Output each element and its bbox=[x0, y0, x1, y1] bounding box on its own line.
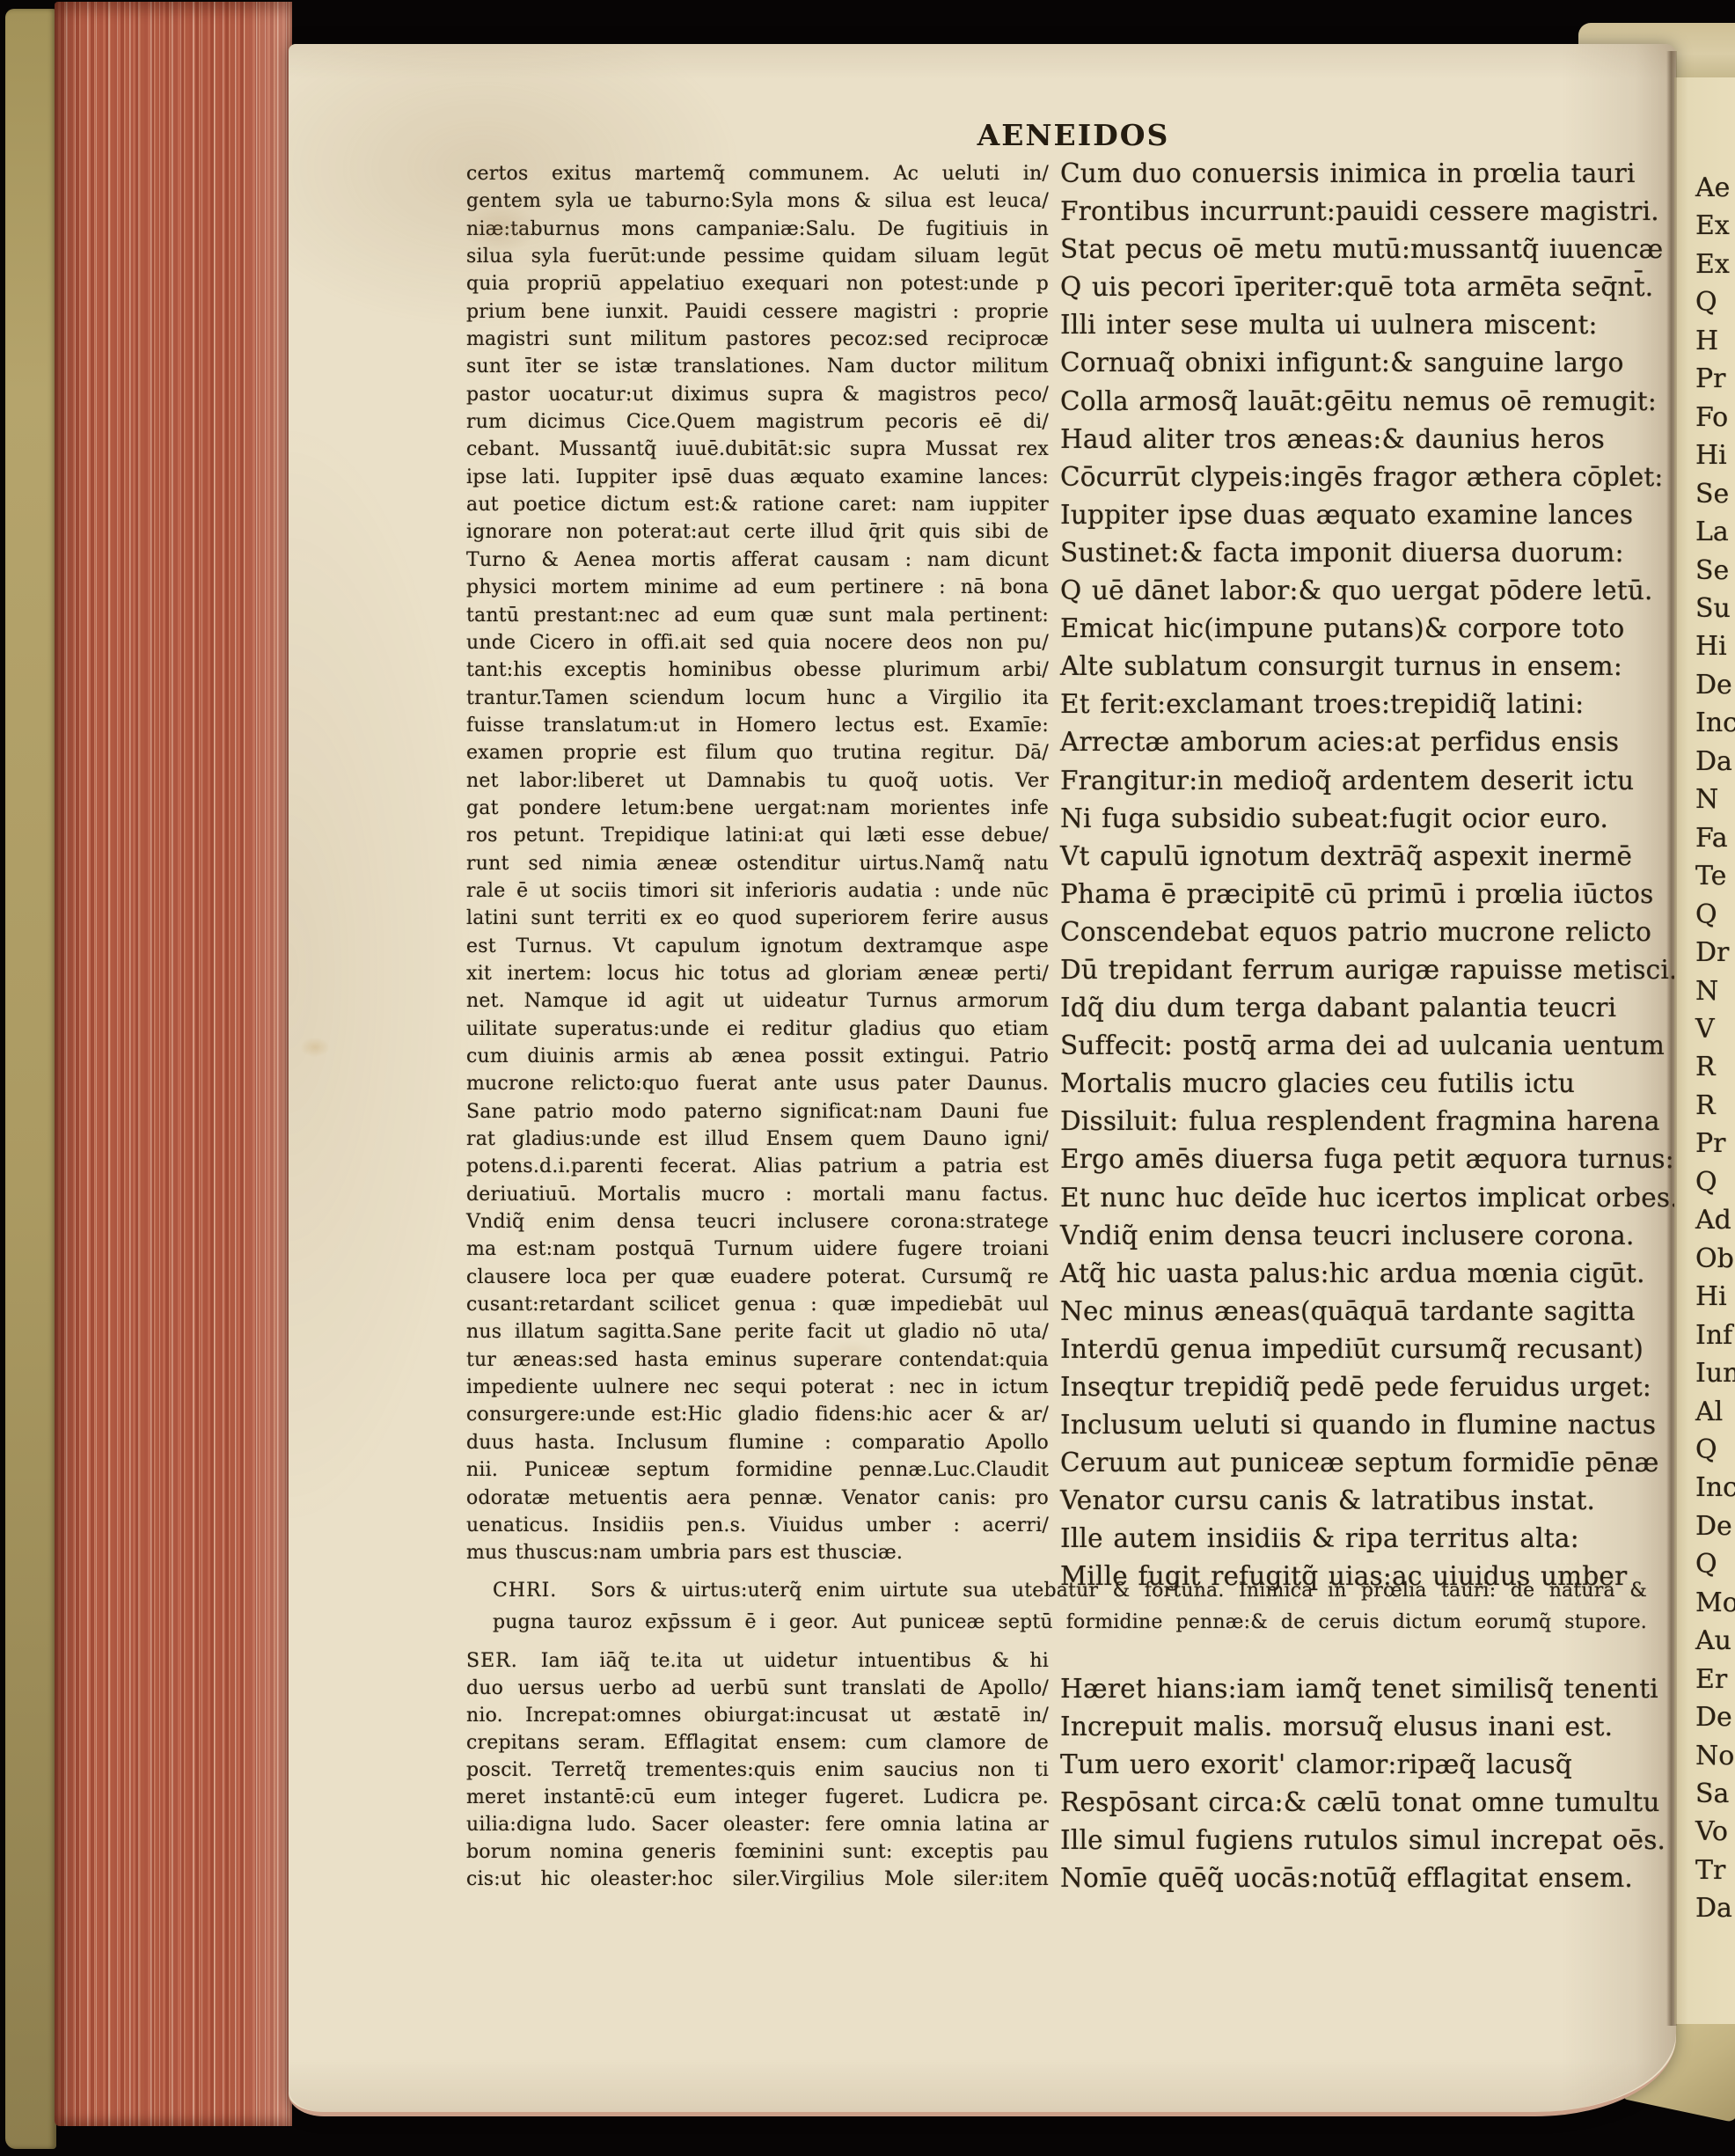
text-line: Ni fuga subsidio subeat:fugit ocior euro… bbox=[1060, 800, 1676, 838]
text-line: prium bene iunxit. Pauidi cessere magist… bbox=[466, 298, 1049, 326]
text-line: No bbox=[1695, 1737, 1735, 1775]
text-line: Mortalis mucro glacies ceu futilis ictu bbox=[1060, 1065, 1676, 1103]
text-line: De bbox=[1695, 666, 1735, 704]
ser-note: SER.Iam iāq̃ te.ita ut uidetur intuentib… bbox=[466, 1647, 1049, 1893]
text-line: Interdū genua impediūt cursumq̃ recusant… bbox=[1060, 1331, 1676, 1368]
text-line: borum nomina generis fœminini sunt: exce… bbox=[466, 1838, 1049, 1866]
text-line: Au bbox=[1695, 1622, 1735, 1660]
text-line: Vndiq̃ enim densa teucri inclusere coron… bbox=[1060, 1217, 1676, 1255]
text-line: ma est:nam postquā Turnum uidere fugere … bbox=[466, 1236, 1049, 1263]
text-line: ignorare non poterat:aut certe illud q̄r… bbox=[466, 518, 1049, 546]
text-line: Hæret hians:iam iamq̃ tenet similisq̃ te… bbox=[1060, 1670, 1676, 1708]
text-line: Frangitur:in medioq̃ ardentem deserit ic… bbox=[1060, 762, 1676, 800]
text-line: trantur.Tamen sciendum locum hunc a Virg… bbox=[466, 685, 1049, 712]
text-line: Q uis pecori īperiter:quē tota armēta se… bbox=[1060, 268, 1676, 306]
text-line: N bbox=[1695, 972, 1735, 1010]
text-line: Turno & Aenea mortis afferat causam : na… bbox=[466, 546, 1049, 574]
text-line: De bbox=[1695, 1507, 1735, 1545]
text-line: Pr bbox=[1695, 1125, 1735, 1162]
text-line: pastor uocatur:ut diximus supra & magist… bbox=[466, 381, 1049, 408]
verse-bottom-block: Hæret hians:iam iamq̃ tenet similisq̃ te… bbox=[1060, 1670, 1676, 1898]
left-page: AENEIDOS certos exitus martemq̃ communem… bbox=[289, 44, 1676, 2116]
text-line: Al bbox=[1695, 1393, 1735, 1431]
text-line: Inf bbox=[1695, 1316, 1735, 1354]
text-line: latini sunt territi ex eo quod superiore… bbox=[466, 905, 1049, 932]
text-line: Iuppiter ipse duas æquato examine lances bbox=[1060, 496, 1676, 534]
text-line: Et ferit:exclamant troes:trepidiq̃ latin… bbox=[1060, 686, 1676, 723]
text-line: La bbox=[1695, 513, 1735, 551]
text-line: Suffecit: postq̄ arma dei ad uulcania ue… bbox=[1060, 1027, 1676, 1065]
ser-line1-text: Iam iāq̃ te.ita ut uidetur intuentibus &… bbox=[541, 1650, 1049, 1672]
text-line: Venator cursu canis & latratibus instat. bbox=[1060, 1482, 1676, 1520]
text-line: Da bbox=[1695, 1889, 1735, 1927]
text-line: Q bbox=[1695, 283, 1735, 321]
text-line: rum dicimus Cice.Quem magistrum pecoris … bbox=[466, 408, 1049, 436]
text-line: Fo bbox=[1695, 399, 1735, 436]
text-line: net. Namque id agit ut uideatur Turnus a… bbox=[466, 987, 1049, 1015]
text-line: Sa bbox=[1695, 1775, 1735, 1813]
text-line: Ille autem insidiis & ripa territus alta… bbox=[1060, 1520, 1676, 1558]
text-line: Illi inter sese multa ui uulnera miscent… bbox=[1060, 306, 1676, 344]
text-line: Nec minus æneas(quāquā tardante sagitta bbox=[1060, 1293, 1676, 1331]
text-line: Inclusum ueluti si quando in flumine nac… bbox=[1060, 1406, 1676, 1444]
text-line: tur æneas:sed hasta eminus superare cont… bbox=[466, 1346, 1049, 1374]
text-line: Te bbox=[1695, 857, 1735, 895]
text-line: Q bbox=[1695, 1545, 1735, 1583]
text-line: nus illatum sagitta.Sane perite facit ut… bbox=[466, 1318, 1049, 1346]
text-line: Ob bbox=[1695, 1240, 1735, 1278]
text-line: Phama ē præcipitē cū primū i prœlia iūct… bbox=[1060, 876, 1676, 913]
text-line: Nomīe quēq̃ uocās:notūq̃ efflagitat ense… bbox=[1060, 1859, 1676, 1897]
text-line: fuisse translatum:ut in Homero lectus es… bbox=[466, 712, 1049, 739]
text-line: mus thuscus:nam umbria pars est thusciæ. bbox=[466, 1539, 1049, 1566]
text-line: R bbox=[1695, 1048, 1735, 1086]
text-line: Ille simul fugiens rutulos simul increpa… bbox=[1060, 1822, 1676, 1859]
book-photo: AENEIDOS certos exitus martemq̃ communem… bbox=[0, 0, 1735, 2156]
text-line: est Turnus. Vt capulum ignotum dextramqu… bbox=[466, 933, 1049, 960]
text-line: ros petunt. Trepidique latini:at qui læt… bbox=[466, 822, 1049, 849]
text-line: De bbox=[1695, 1698, 1735, 1736]
text-line: certos exitus martemq̃ communem. Ac uelu… bbox=[466, 160, 1049, 187]
text-line: magistri sunt militum pastores pecoz:sed… bbox=[466, 326, 1049, 353]
text-line: Q uē dānet labor:& quo uergat pōdere let… bbox=[1060, 572, 1676, 610]
text-line: Pr bbox=[1695, 360, 1735, 398]
text-line: cis:ut hic oleaster:hoc siler.Virgilius … bbox=[466, 1866, 1049, 1893]
text-line: cum diuinis armis ab ænea possit extingu… bbox=[466, 1043, 1049, 1070]
ser-label: SER. bbox=[466, 1650, 518, 1672]
text-line: Atq̃ hic uasta palus:hic ardua mœnia cig… bbox=[1060, 1255, 1676, 1293]
text-line: cusant:retardant scilicet genua : quæ im… bbox=[466, 1291, 1049, 1318]
text-line: Mo bbox=[1695, 1584, 1735, 1622]
text-line: Cōcurrūt clypeis:ingēs fragor æthera cōp… bbox=[1060, 458, 1676, 496]
text-line: Sane patrio modo paterno significat:nam … bbox=[466, 1098, 1049, 1126]
facing-text-fragments: AeExExQHPrFoHiSeLaSeSuHiDeIncDaNFaTeQDrN… bbox=[1674, 77, 1735, 1928]
text-line: ipse lati. Iuppiter ipsē duas æquato exa… bbox=[466, 464, 1049, 491]
text-line: duo uersus uerbo ad uerbū sunt translati… bbox=[466, 1675, 1049, 1702]
text-line: Dissiluit: fulua resplendent fragmina ha… bbox=[1060, 1103, 1676, 1140]
chri-note: CHRI.Sors & uirtus:uterq̃ enim uirtute s… bbox=[493, 1575, 1647, 1639]
text-line: Dr bbox=[1695, 934, 1735, 972]
text-line: cebant. Mussantq̃ iuuē.dubitāt:sic supra… bbox=[466, 436, 1049, 463]
text-line: H bbox=[1695, 322, 1735, 360]
text-line: Et nunc huc deīde huc icertos implicat o… bbox=[1060, 1179, 1676, 1217]
text-line: nii. Puniceæ septum formidine pennæ.Luc.… bbox=[466, 1456, 1049, 1484]
text-line: V bbox=[1695, 1010, 1735, 1048]
text-line: duus hasta. Inclusum flumine : comparati… bbox=[466, 1429, 1049, 1456]
text-line: Conscendebat equos patrio mucrone relict… bbox=[1060, 913, 1676, 951]
text-line: Arrectæ amborum acies:at perfidus ensis bbox=[1060, 723, 1676, 761]
text-line: Cornuaq̃ obnixi infigunt:& sanguine larg… bbox=[1060, 344, 1676, 382]
chri-label: CHRI. bbox=[493, 1580, 557, 1602]
text-line: consurgere:unde est:Hic gladio fidens:hi… bbox=[466, 1401, 1049, 1428]
text-line: unde Cicero in offi.ait sed quia nocere … bbox=[466, 629, 1049, 656]
text-line: crepitans seram. Efflagitat ensem: cum c… bbox=[466, 1729, 1049, 1756]
text-line: net labor:liberet ut Damnabis tu quoq̃ u… bbox=[466, 767, 1049, 795]
text-line: Inseqtur trepidiq̃ pedē pede feruidus ur… bbox=[1060, 1368, 1676, 1406]
text-line: Hi bbox=[1695, 1278, 1735, 1316]
text-line: xit inertem: locus hic totus ad gloriam … bbox=[466, 960, 1049, 987]
text-line: Inc bbox=[1695, 704, 1735, 742]
text-line: Increpuit malis. morsuq̃ elusus inani es… bbox=[1060, 1708, 1676, 1746]
text-line: Stat pecus oē metu mutū:mussantq̃ iuuenc… bbox=[1060, 231, 1676, 268]
text-line: aut poetice dictum est:& ratione caret: … bbox=[466, 491, 1049, 518]
text-line: Ex bbox=[1695, 207, 1735, 245]
text-line: silua syla fuerūt:unde pessime quidam si… bbox=[466, 243, 1049, 270]
text-line: Idq̃ diu dum terga dabant palantia teucr… bbox=[1060, 989, 1676, 1027]
text-line: Q bbox=[1695, 1431, 1735, 1469]
chri-line1-text: Sors & uirtus:uterq̃ enim uirtute sua ut… bbox=[590, 1580, 1647, 1602]
text-line: Colla armosq̃ lauāt:gēitu nemus oē remug… bbox=[1060, 383, 1676, 421]
text-line: Se bbox=[1695, 475, 1735, 513]
text-line: Ad bbox=[1695, 1201, 1735, 1239]
verse-column: Cum duo conuersis inimica in prœlia taur… bbox=[1060, 155, 1676, 1596]
commentary-column: certos exitus martemq̃ communem. Ac uelu… bbox=[466, 160, 1049, 1567]
text-line: uilia:digna ludo. Sacer oleaster: fere o… bbox=[466, 1811, 1049, 1838]
text-line: Ex bbox=[1695, 246, 1735, 283]
text-line: deriuatiuū. Mortalis mucro : mortali man… bbox=[466, 1181, 1049, 1208]
text-line: Se bbox=[1695, 552, 1735, 590]
text-line: impediente uulnere nec sequi poterat : n… bbox=[466, 1374, 1049, 1401]
text-line: Dū trepidant ferrum aurigæ rapuisse meti… bbox=[1060, 951, 1676, 989]
gutter-shadow bbox=[1666, 51, 1677, 2026]
text-line: Tr bbox=[1695, 1852, 1735, 1889]
text-line: Hi bbox=[1695, 627, 1735, 665]
text-line: Frontibus incurrunt:pauidi cessere magis… bbox=[1060, 193, 1676, 231]
text-line: Da bbox=[1695, 743, 1735, 781]
text-line: rat gladius:unde est illud Ensem quem Da… bbox=[466, 1126, 1049, 1153]
text-line: odoratæ metuentis aera pennæ. Venator ca… bbox=[466, 1485, 1049, 1512]
text-line: Q bbox=[1695, 896, 1735, 934]
text-line: uenaticus. Insidiis pen.s. Viuidus umber… bbox=[466, 1512, 1049, 1539]
text-line: Tum uero exorit' clamor:ripæq̃ lacusq̃ bbox=[1060, 1746, 1676, 1784]
text-line: clausere loca per quæ euadere poterat. C… bbox=[466, 1264, 1049, 1291]
text-line: nio. Increpat:omnes obiurgat:incusat ut … bbox=[466, 1702, 1049, 1729]
text-line: gat pondere letum:bene uergat:nam morien… bbox=[466, 795, 1049, 822]
text-line: Haud aliter tros æneas:& daunius heros bbox=[1060, 421, 1676, 458]
text-line: niæ:taburnus mons campaniæ:Salu. De fugi… bbox=[466, 216, 1049, 243]
text-line: examen proprie est filum quo trutina reg… bbox=[466, 739, 1049, 766]
text-line: Emicat hic(impune putans)& corpore toto bbox=[1060, 610, 1676, 648]
text-line: Vndiq̃ enim densa teucri inclusere coron… bbox=[466, 1208, 1049, 1236]
text-line: mucrone relicto:quo fuerat ante usus pat… bbox=[466, 1070, 1049, 1097]
text-line: Vt capulū ignotum dextrāq̃ aspexit inerm… bbox=[1060, 838, 1676, 876]
text-line: Fa bbox=[1695, 819, 1735, 857]
text-line: Alte sublatum consurgit turnus in ensem: bbox=[1060, 648, 1676, 686]
text-line: tant:his exceptis hominibus obesse pluri… bbox=[466, 656, 1049, 684]
chri-line: pugna tauroz exp̄ssum ē i geor. Aut puni… bbox=[493, 1607, 1647, 1639]
text-line: meret instantē:cū eum integer fugeret. L… bbox=[466, 1784, 1049, 1811]
chri-line: CHRI.Sors & uirtus:uterq̃ enim uirtute s… bbox=[493, 1575, 1647, 1607]
running-title: AENEIDOS bbox=[968, 118, 1179, 152]
text-line: uilitate superatus:unde ei reditur gladi… bbox=[466, 1016, 1049, 1043]
text-line: Iun bbox=[1695, 1354, 1735, 1392]
text-line: N bbox=[1695, 781, 1735, 818]
text-line: R bbox=[1695, 1087, 1735, 1125]
red-fore-edge bbox=[55, 2, 292, 2126]
text-line: physici mortem minime ad eum pertinere :… bbox=[466, 574, 1049, 601]
text-line: Inc bbox=[1695, 1469, 1735, 1507]
text-line: runt sed nimia æneæ ostenditur uirtus.Na… bbox=[466, 850, 1049, 877]
text-line: Ergo amēs diuersa fuga petit æquora turn… bbox=[1060, 1140, 1676, 1178]
ser-first-line: SER.Iam iāq̃ te.ita ut uidetur intuentib… bbox=[466, 1647, 1049, 1675]
book-cover-edge bbox=[5, 9, 56, 2149]
text-line: sunt īter se istæ translationes. Nam duc… bbox=[466, 353, 1049, 380]
text-line: Vo bbox=[1695, 1813, 1735, 1851]
text-line: rale ē ut sociis timori sit inferioris a… bbox=[466, 877, 1049, 905]
text-line: gentem syla ue taburno:Syla mons & silua… bbox=[466, 187, 1049, 215]
text-line: quia propriū appelatiuo exequari non pot… bbox=[466, 270, 1049, 297]
text-line: Er bbox=[1695, 1661, 1735, 1698]
text-line: Ae bbox=[1695, 169, 1735, 207]
ser-continuation: duo uersus uerbo ad uerbū sunt translati… bbox=[466, 1675, 1049, 1893]
facing-page-sliver: AeExExQHPrFoHiSeLaSeSuHiDeIncDaNFaTeQDrN… bbox=[1674, 77, 1735, 2024]
text-line: Su bbox=[1695, 590, 1735, 627]
text-line: Hi bbox=[1695, 436, 1735, 474]
text-line: poscit. Terretq̃ trementes:quis enim sau… bbox=[466, 1756, 1049, 1784]
text-line: Respōsant circa:& cælū tonat omne tumult… bbox=[1060, 1784, 1676, 1822]
text-line: Ceruum aut puniceæ septum formidīe pēnæ bbox=[1060, 1444, 1676, 1482]
text-line: Cum duo conuersis inimica in prœlia taur… bbox=[1060, 155, 1676, 193]
text-line: Sustinet:& facta imponit diuersa duorum: bbox=[1060, 534, 1676, 572]
text-line: potens.d.i.parenti fecerat. Alias patriu… bbox=[466, 1153, 1049, 1180]
text-line: tantū prestant:nec ad eum quæ sunt mala … bbox=[466, 602, 1049, 629]
text-line: Q bbox=[1695, 1163, 1735, 1201]
